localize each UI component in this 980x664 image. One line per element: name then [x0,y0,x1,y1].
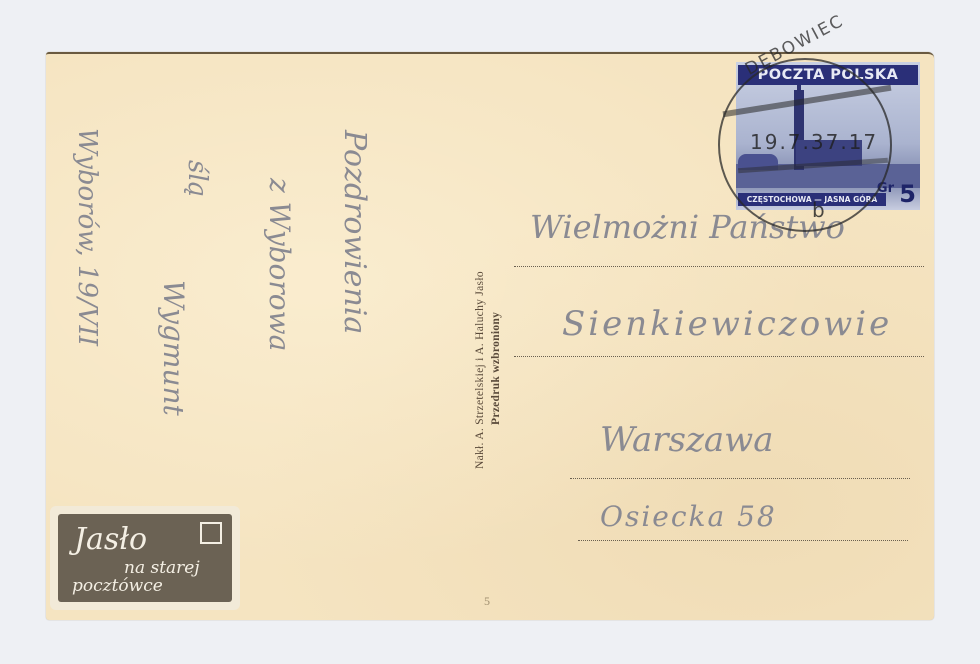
address-rule [514,266,924,267]
address-rule [578,540,908,541]
publisher-imprint: Nakł. A. Strzetelskiej i A. Haluchy Jasł… [470,163,520,473]
reprint-notice: Przedruk wzbroniony [490,312,502,425]
message-line-1: Pozdrowienia [337,130,372,334]
address-line-2: Sienkiewiczowie [562,304,892,344]
message-line-5: Wyborów, 19/VII [72,128,102,346]
badge-subtitle-1: na starej [124,558,200,578]
message-line-3: ślą [182,160,212,197]
stamp-icon [200,522,222,544]
badge-panel: Jasło na starej pocztówce [58,514,232,602]
address-line-3: Warszawa [600,420,774,460]
address-rule [570,478,910,479]
message-line-4: Wygmunt [157,280,190,416]
corner-mark: 5 [484,594,490,609]
badge-subtitle-2: pocztówce [72,576,163,596]
postmark-date: 19.7.37.17 [750,130,878,154]
stamp-denomination: 5 [899,182,916,206]
postmark-office: b [812,198,825,222]
badge-title: Jasło [74,522,147,557]
watermark-badge: Jasło na starej pocztówce [50,506,240,610]
message-line-2: z Wyborowa [263,178,296,351]
address-rule [514,356,924,357]
address-line-4: Osiecka 58 [600,500,777,533]
publisher-line: Nakł. A. Strzetelskiej i A. Haluchy Jasł… [474,271,486,469]
